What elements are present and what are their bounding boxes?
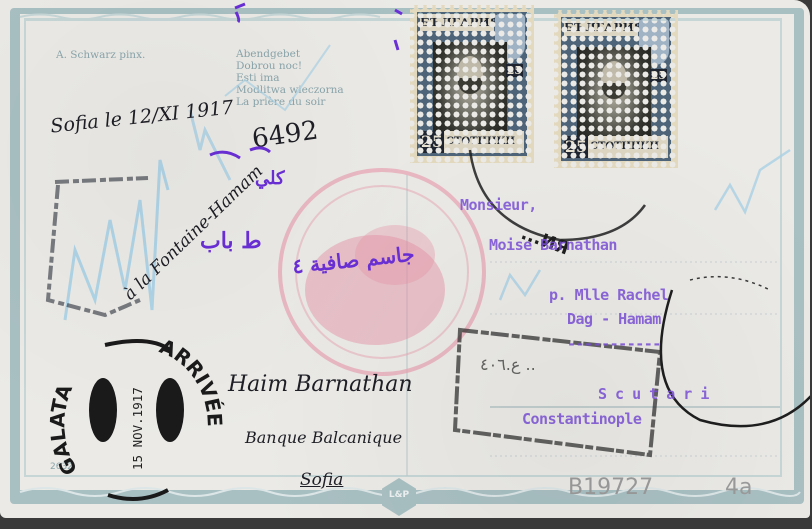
postcard: A. Schwarz pinx. Abendgebet Dobrou noc! …	[0, 0, 810, 518]
pencil-catalog-number: B19727	[568, 475, 653, 500]
svg-text:GALATA: GALATA	[45, 380, 82, 479]
svg-text:15 NOV.1917: 15 NOV.1917	[130, 387, 145, 470]
pencil-grade: 4a	[725, 475, 752, 500]
arrival-postmark: GALATA ARRIVÉE 15 NOV.1917	[0, 0, 810, 518]
